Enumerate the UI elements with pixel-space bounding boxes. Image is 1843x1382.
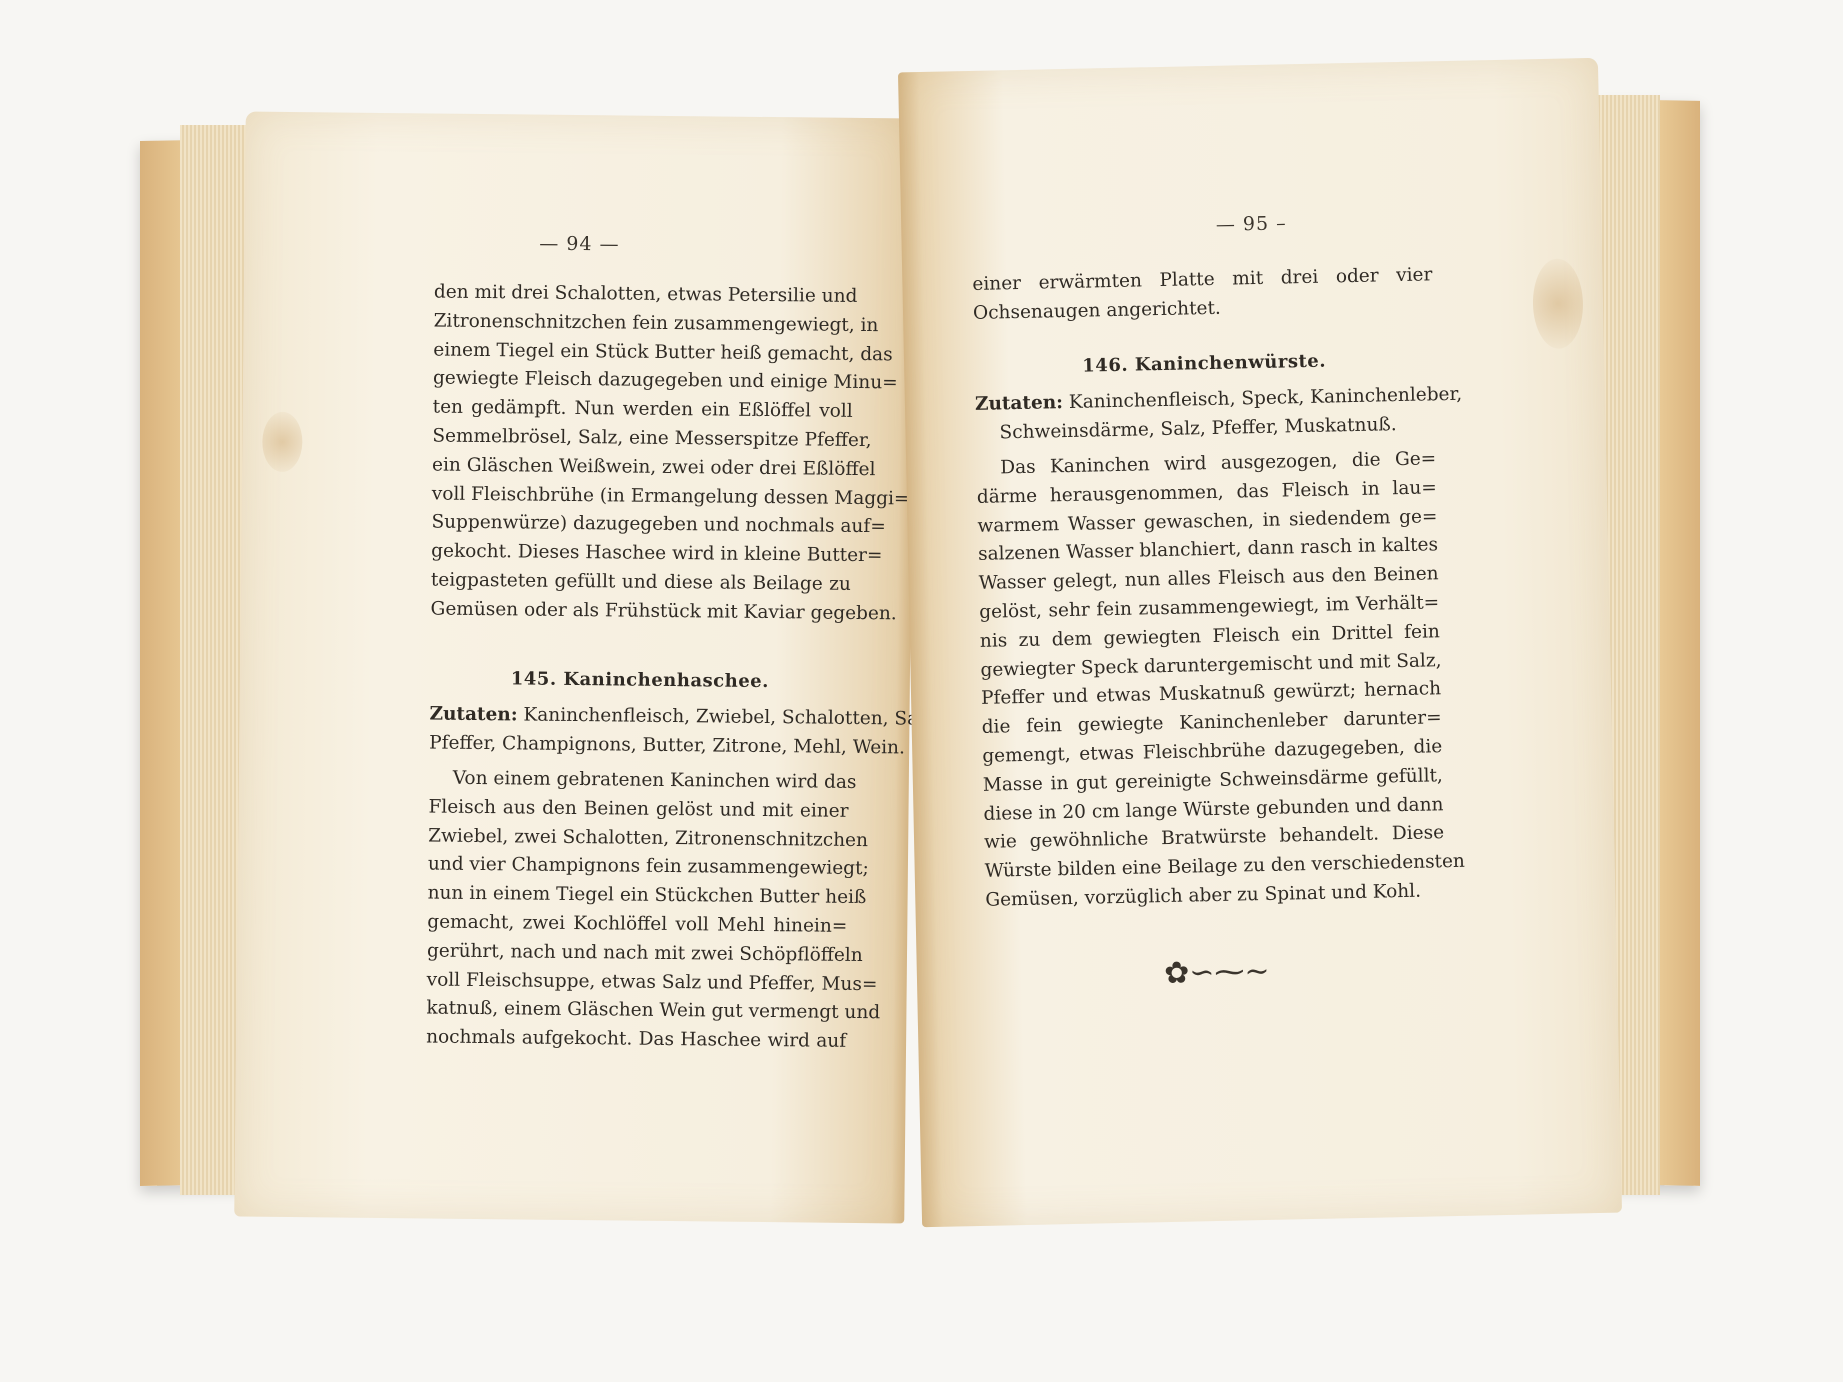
ingredients-list: Zutaten: Kaninchenfleisch, Zwiebel, Scha… xyxy=(429,701,850,763)
recipe-heading: 146. Kaninchenwürste. xyxy=(974,345,1435,383)
text-line: nun in einem Tiegel ein Stückchen Butter… xyxy=(427,880,847,913)
text-line: voll Fleischbrühe (in Ermangelung dessen… xyxy=(432,480,852,513)
text-line: gekocht. Dieses Haschee wird in kleine B… xyxy=(431,538,851,571)
text-line: Gemüsen oder als Frühstück mit Kaviar ge… xyxy=(430,595,850,628)
ingredients-list: Zutaten: Kaninchenfleisch, Speck, Kaninc… xyxy=(975,382,1436,449)
text-line: Zitronenschnitzchen fein zusammengewiegt… xyxy=(433,307,853,340)
flourish-ornament-icon: ✿∽⁓~ xyxy=(987,954,1448,992)
text-line: katnuß, einem Gläschen Wein gut vermengt… xyxy=(426,995,846,1028)
foxing-stain xyxy=(1532,258,1584,349)
ingredients-label: Zutaten: xyxy=(975,392,1064,415)
left-page-text: den mit drei Schalotten, etwas Petersili… xyxy=(426,279,854,1057)
text-line: gewiegte Fleisch dazugegeben und einige … xyxy=(433,365,853,398)
text-line: Suppenwürze) dazugegeben und nochmals au… xyxy=(431,509,851,542)
text-line: Von einem gebratenen Kaninchen wird das xyxy=(429,764,849,797)
text-line: voll Fleischsuppe, etwas Salz und Pfeffe… xyxy=(427,966,847,999)
recipe-heading: 145. Kaninchenhaschee. xyxy=(430,664,850,697)
foxing-stain xyxy=(262,412,303,472)
text-line: und vier Champignons fein zusammengewieg… xyxy=(428,851,848,884)
text-line: teigpasteten gefüllt und diese als Beila… xyxy=(431,566,851,599)
text-line: Semmelbrösel, Salz, eine Messerspitze Pf… xyxy=(432,422,852,455)
ingredients-text: Pfeffer, Champignons, Butter, Zitrone, M… xyxy=(429,730,849,763)
text-line: ein Gläschen Weißwein, zwei oder drei Eß… xyxy=(432,451,852,484)
text-line: einem Tiegel ein Stück Butter heiß gemac… xyxy=(433,336,853,369)
left-page: — 94 — den mit drei Schalotten, etwas Pe… xyxy=(234,112,916,1224)
right-page-text: einer erwärmten Platte mit drei oder vie… xyxy=(972,261,1447,992)
page-number: — 94 — xyxy=(244,230,914,259)
ingredients-text: Kaninchenfleisch, Speck, Kaninchenleber, xyxy=(1069,384,1463,413)
right-page: — 95 – einer erwärmten Platte mit drei o… xyxy=(898,58,1622,1227)
open-book: — 94 — den mit drei Schalotten, etwas Pe… xyxy=(140,55,1700,1255)
page-number: — 95 – xyxy=(901,206,1601,243)
ingredients-text: Kaninchenfleisch, Zwiebel, Schalotten, S… xyxy=(523,705,939,730)
text-line: gemacht, zwei Kochlöffel voll Mehl hinei… xyxy=(427,908,847,941)
text-line: ten gedämpft. Nun werden ein Eßlöffel vo… xyxy=(433,394,853,427)
text-line: den mit drei Schalotten, etwas Petersili… xyxy=(434,279,854,312)
text-line: nochmals aufgekocht. Das Haschee wird au… xyxy=(426,1024,846,1057)
text-line: Zwiebel, zwei Schalotten, Zitronenschnit… xyxy=(428,822,848,855)
ingredients-label: Zutaten: xyxy=(429,704,517,726)
text-line: Fleisch aus den Beinen gelöst und mit ei… xyxy=(428,793,848,826)
text-line: gerührt, nach und nach mit zwei Schöpflö… xyxy=(427,937,847,970)
